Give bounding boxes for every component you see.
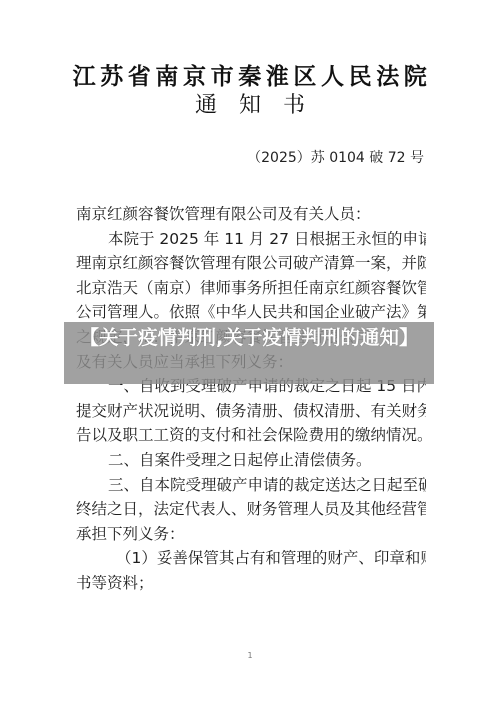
page-number: 1 bbox=[0, 651, 500, 660]
body-line: 提交财产状况说明、债务清册、债权清册、有关财务会计报 bbox=[76, 399, 426, 424]
body-line: 北京浩天（南京）律师事务所担任南京红颜容餐饮管理有限 bbox=[76, 276, 426, 301]
addressee: 南京红颜容餐饮管理有限公司及有关人员： bbox=[76, 202, 426, 227]
body-line: 书等资料； bbox=[76, 571, 426, 596]
body-line: 终结之日，法定代表人、财务管理人员及其他经营管理人员 bbox=[76, 497, 426, 522]
body-line: 告以及职工工资的支付和社会保险费用的缴纳情况。 bbox=[76, 423, 426, 448]
obligation-3: 三、自本院受理破产申请的裁定送达之日起至破产程序 bbox=[76, 473, 426, 498]
sub-obligation-1: （1）妥善保管其占有和管理的财产、印章和账簿、文 bbox=[76, 546, 426, 571]
document-body: 南京红颜容餐饮管理有限公司及有关人员： 本院于 2025 年 11 月 27 日… bbox=[76, 202, 426, 596]
body-line: 本院于 2025 年 11 月 27 日根据王永恒的申请裁定受 bbox=[76, 227, 426, 252]
obligation-2: 二、自案件受理之日起停止清偿债务。 bbox=[76, 448, 426, 473]
overlay-banner-text: 【关于疫情判刑,关于疫情判刑的通知】 bbox=[64, 326, 434, 350]
case-number: （2025）苏 0104 破 72 号 bbox=[247, 148, 424, 168]
body-line: 理南京红颜容餐饮管理有限公司破产清算一案，并随机指定 bbox=[76, 251, 426, 276]
document-type-title: 通知书 bbox=[0, 92, 500, 120]
court-title: 江苏省南京市秦淮区人民法院 bbox=[0, 63, 500, 91]
body-line: 承担下列义务： bbox=[76, 522, 426, 547]
